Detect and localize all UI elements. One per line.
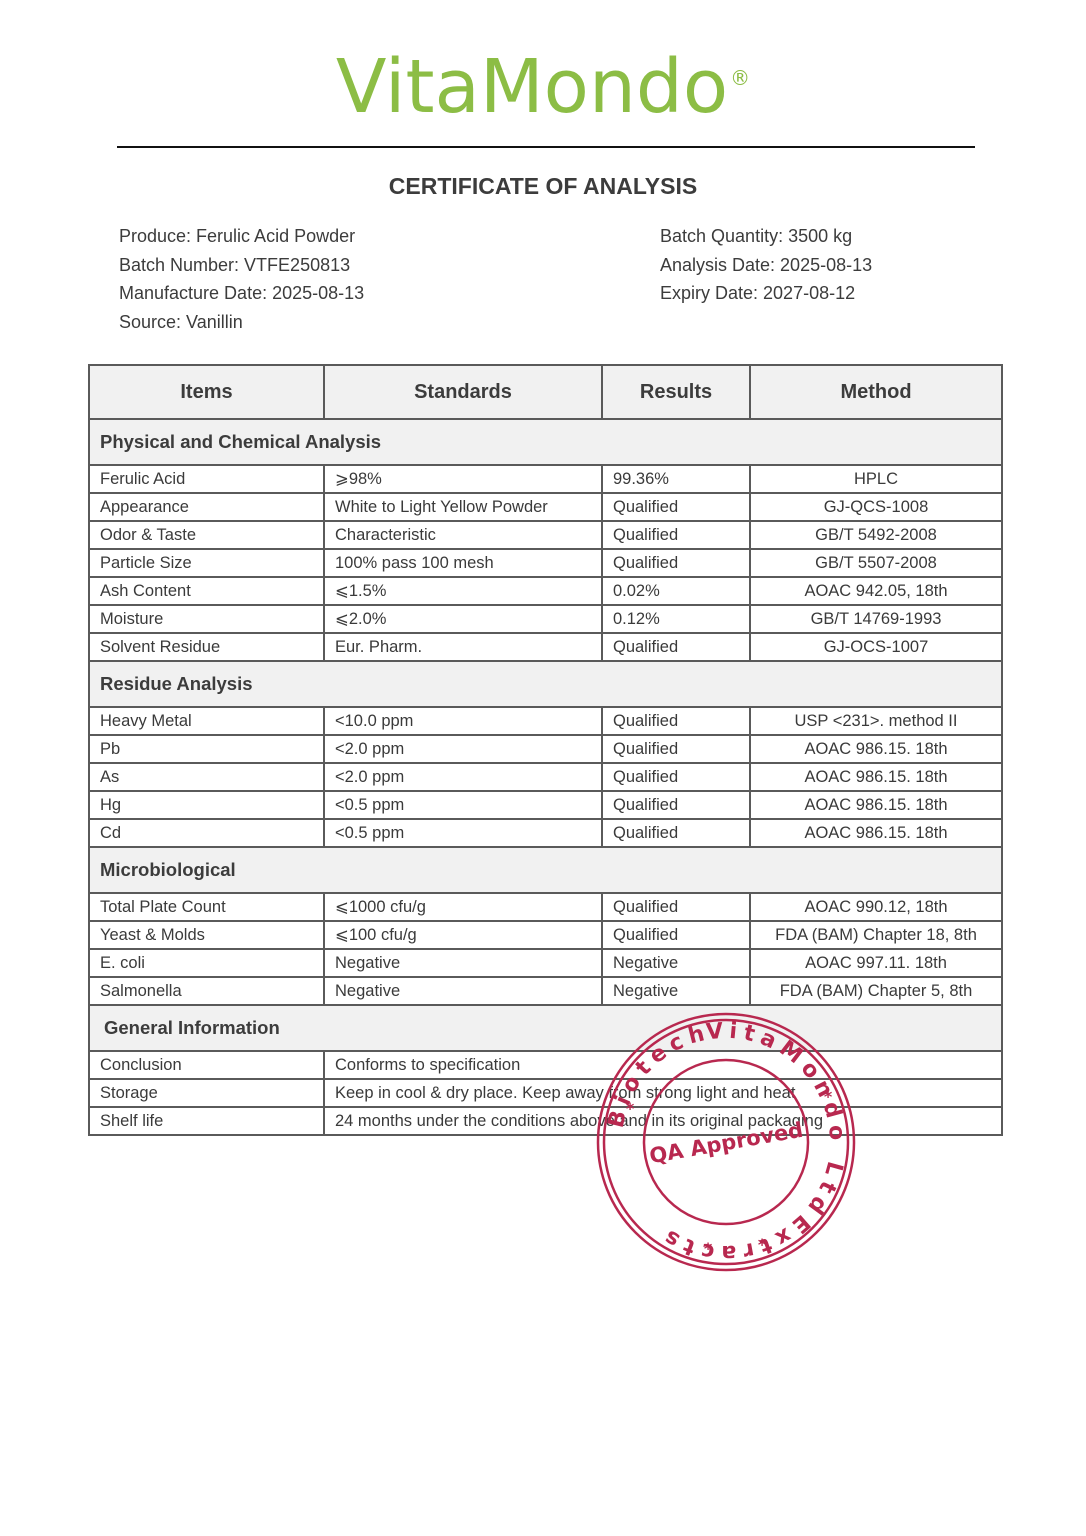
table-row: Hg<0.5 ppmQualifiedAOAC 986.15. 18th <box>89 791 1002 819</box>
cell-item: Total Plate Count <box>89 893 324 921</box>
cell-method: AOAC 986.15. 18th <box>750 763 1002 791</box>
section-row: General Information <box>89 1005 1002 1051</box>
cell-standard: ⩾98% <box>324 465 602 493</box>
product-info-left: Produce: Ferulic Acid Powder Batch Numbe… <box>119 222 364 336</box>
cell-standard: ⩽2.0% <box>324 605 602 633</box>
cell-result: Negative <box>602 977 750 1005</box>
table-row: Ash Content⩽1.5%0.02%AOAC 942.05, 18th <box>89 577 1002 605</box>
cell-method: HPLC <box>750 465 1002 493</box>
section-row: Microbiological <box>89 847 1002 893</box>
expiry-date: Expiry Date: 2027-08-12 <box>660 279 872 308</box>
brand-name: VitaMondo <box>336 44 728 130</box>
section-title: General Information <box>89 1005 1002 1051</box>
svg-text:Extracts: Extracts <box>655 1209 815 1265</box>
table-row: Odor & TasteCharacteristicQualifiedGB/T … <box>89 521 1002 549</box>
cell-result: Qualified <box>602 521 750 549</box>
header-items: Items <box>89 365 324 419</box>
cell-standard: <0.5 ppm <box>324 819 602 847</box>
cell-method: GB/T 5492-2008 <box>750 521 1002 549</box>
table-row: Ferulic Acid⩾98%99.36%HPLC <box>89 465 1002 493</box>
cell-result: Qualified <box>602 633 750 661</box>
cell-item: Odor & Taste <box>89 521 324 549</box>
cell-result: Qualified <box>602 493 750 521</box>
cell-standard: Negative <box>324 977 602 1005</box>
manufacture-date: Manufacture Date: 2025-08-13 <box>119 279 364 308</box>
cell-value: Keep in cool & dry place. Keep away from… <box>324 1079 1002 1107</box>
table-body: Physical and Chemical AnalysisFerulic Ac… <box>89 419 1002 1135</box>
cell-standard: <10.0 ppm <box>324 707 602 735</box>
table-row: E. coliNegativeNegativeAOAC 997.11. 18th <box>89 949 1002 977</box>
cell-standard: <0.5 ppm <box>324 791 602 819</box>
section-row: Physical and Chemical Analysis <box>89 419 1002 465</box>
cell-value: Conforms to specification <box>324 1051 1002 1079</box>
cell-result: Qualified <box>602 819 750 847</box>
cell-item: As <box>89 763 324 791</box>
cell-result: Qualified <box>602 549 750 577</box>
product-info-right: Batch Quantity: 3500 kg Analysis Date: 2… <box>660 222 872 308</box>
header-method: Method <box>750 365 1002 419</box>
cell-item: Storage <box>89 1079 324 1107</box>
cell-result: Qualified <box>602 791 750 819</box>
table-row: Yeast & Molds⩽100 cfu/gQualifiedFDA (BAM… <box>89 921 1002 949</box>
header-standards: Standards <box>324 365 602 419</box>
document-title: CERTIFICATE OF ANALYSIS <box>0 173 1086 200</box>
cell-method: USP <231>. method II <box>750 707 1002 735</box>
batch-number: Batch Number: VTFE250813 <box>119 251 364 280</box>
cell-method: GJ-QCS-1008 <box>750 493 1002 521</box>
cell-result: 99.36% <box>602 465 750 493</box>
cell-item: Pb <box>89 735 324 763</box>
table-row: Particle Size100% pass 100 meshQualified… <box>89 549 1002 577</box>
stamp-star-icon: * <box>758 1235 767 1254</box>
cell-item: Hg <box>89 791 324 819</box>
table-row: As<2.0 ppmQualifiedAOAC 986.15. 18th <box>89 763 1002 791</box>
cell-standard: ⩽1000 cfu/g <box>324 893 602 921</box>
cell-method: FDA (BAM) Chapter 5, 8th <box>750 977 1002 1005</box>
cell-standard: Eur. Pharm. <box>324 633 602 661</box>
cell-result: Qualified <box>602 921 750 949</box>
stamp-star-icon: * <box>704 1239 713 1258</box>
cell-standard: 100% pass 100 mesh <box>324 549 602 577</box>
cell-item: Ash Content <box>89 577 324 605</box>
cell-value: 24 months under the conditions above and… <box>324 1107 1002 1135</box>
cell-method: AOAC 986.15. 18th <box>750 819 1002 847</box>
cell-method: AOAC 997.11. 18th <box>750 949 1002 977</box>
cell-item: Cd <box>89 819 324 847</box>
header-results: Results <box>602 365 750 419</box>
table-row: Pb<2.0 ppmQualifiedAOAC 986.15. 18th <box>89 735 1002 763</box>
cell-standard: ⩽100 cfu/g <box>324 921 602 949</box>
cell-method: AOAC 986.15. 18th <box>750 735 1002 763</box>
cell-item: Salmonella <box>89 977 324 1005</box>
batch-quantity: Batch Quantity: 3500 kg <box>660 222 872 251</box>
table-row: Total Plate Count⩽1000 cfu/gQualifiedAOA… <box>89 893 1002 921</box>
cell-result: Negative <box>602 949 750 977</box>
analysis-table: Items Standards Results Method Physical … <box>88 364 1003 1136</box>
cell-result: Qualified <box>602 735 750 763</box>
section-title: Physical and Chemical Analysis <box>89 419 1002 465</box>
table-row: Solvent ResidueEur. Pharm.QualifiedGJ-OC… <box>89 633 1002 661</box>
registered-mark: ® <box>730 66 750 90</box>
product-name: Produce: Ferulic Acid Powder <box>119 222 364 251</box>
cell-result: Qualified <box>602 893 750 921</box>
table-header-row: Items Standards Results Method <box>89 365 1002 419</box>
brand-logo: VitaMondo® <box>0 50 1086 124</box>
cell-standard: White to Light Yellow Powder <box>324 493 602 521</box>
cell-result: 0.02% <box>602 577 750 605</box>
cell-item: E. coli <box>89 949 324 977</box>
table-row: AppearanceWhite to Light Yellow PowderQu… <box>89 493 1002 521</box>
section-title: Microbiological <box>89 847 1002 893</box>
cell-item: Heavy Metal <box>89 707 324 735</box>
cell-standard: ⩽1.5% <box>324 577 602 605</box>
cell-standard: Negative <box>324 949 602 977</box>
cell-method: AOAC 986.15. 18th <box>750 791 1002 819</box>
cell-method: GB/T 14769-1993 <box>750 605 1002 633</box>
analysis-date: Analysis Date: 2025-08-13 <box>660 251 872 280</box>
cell-method: FDA (BAM) Chapter 18, 8th <box>750 921 1002 949</box>
cell-item: Yeast & Molds <box>89 921 324 949</box>
table-row: ConclusionConforms to specification <box>89 1051 1002 1079</box>
cell-result: 0.12% <box>602 605 750 633</box>
cell-method: GB/T 5507-2008 <box>750 549 1002 577</box>
cell-standard: <2.0 ppm <box>324 763 602 791</box>
section-row: Residue Analysis <box>89 661 1002 707</box>
cell-method: GJ-OCS-1007 <box>750 633 1002 661</box>
cell-result: Qualified <box>602 707 750 735</box>
table-row: StorageKeep in cool & dry place. Keep aw… <box>89 1079 1002 1107</box>
header-divider <box>117 146 975 148</box>
cell-item: Solvent Residue <box>89 633 324 661</box>
cell-item: Shelf life <box>89 1107 324 1135</box>
table-row: Moisture⩽2.0%0.12%GB/T 14769-1993 <box>89 605 1002 633</box>
table-row: Shelf life24 months under the conditions… <box>89 1107 1002 1135</box>
table-row: SalmonellaNegativeNegativeFDA (BAM) Chap… <box>89 977 1002 1005</box>
cell-item: Appearance <box>89 493 324 521</box>
cell-item: Moisture <box>89 605 324 633</box>
cell-item: Conclusion <box>89 1051 324 1079</box>
stamp-extracts-text: Extracts <box>655 1209 815 1265</box>
cell-standard: Characteristic <box>324 521 602 549</box>
cell-method: AOAC 990.12, 18th <box>750 893 1002 921</box>
source: Source: Vanillin <box>119 308 364 337</box>
table-row: Heavy Metal<10.0 ppmQualifiedUSP <231>. … <box>89 707 1002 735</box>
cell-method: AOAC 942.05, 18th <box>750 577 1002 605</box>
cell-item: Ferulic Acid <box>89 465 324 493</box>
section-title: Residue Analysis <box>89 661 1002 707</box>
cell-result: Qualified <box>602 763 750 791</box>
table-row: Cd<0.5 ppmQualifiedAOAC 986.15. 18th <box>89 819 1002 847</box>
cell-standard: <2.0 ppm <box>324 735 602 763</box>
cell-item: Particle Size <box>89 549 324 577</box>
